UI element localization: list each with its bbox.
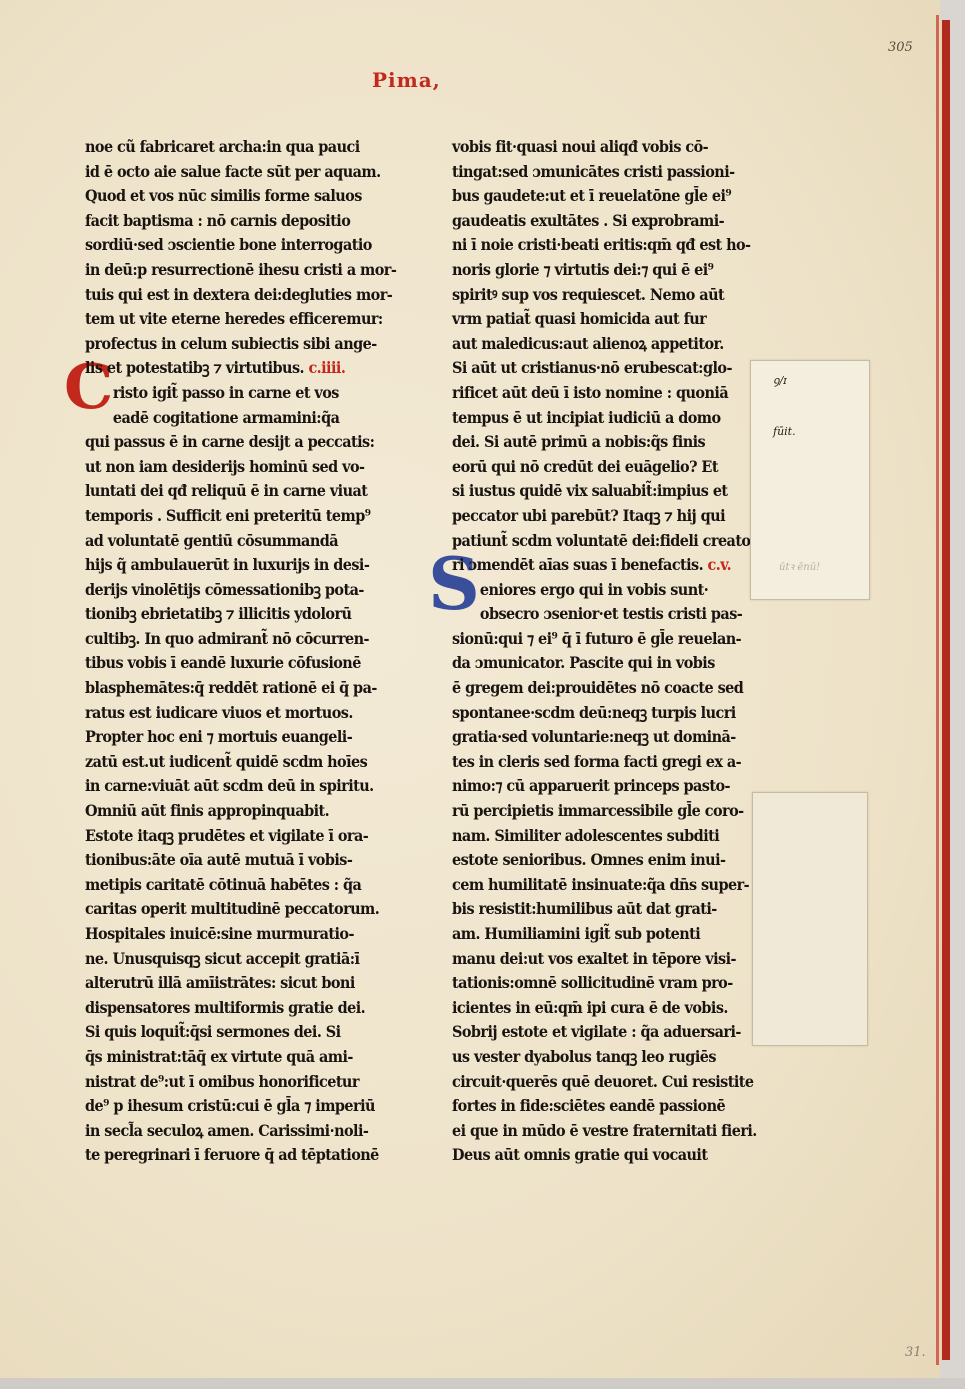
text-line: cultibꝫ. In quo admirant̃ nō cōcurren- bbox=[85, 627, 364, 652]
faint-margin-note: ūtꝛ ēnū! bbox=[779, 559, 820, 573]
text-line: in secl̃a seculoꝝ amen. Carissimi·noli- bbox=[85, 1119, 364, 1144]
text-line: ri ɔmendēt aīas suas ī benefactis. c.v. bbox=[452, 553, 731, 578]
margin-paper-slip: ꝯ/ɪ fūit. ūtꝛ ēnū! bbox=[750, 360, 870, 600]
text-line: icientes in eū:qm̄ ipi cura ē de vobis. bbox=[452, 996, 731, 1021]
text-line: derijs vinolētijs cōmessationibꝫ pota- bbox=[85, 578, 364, 603]
text-line: estote senioribus. Omnes enim inui- bbox=[452, 848, 731, 873]
text-line: gratia·sed voluntarie:neqꝫ ut dominā- bbox=[452, 725, 731, 750]
text-line: rū percipietis immarcessibile gl̄e coro- bbox=[452, 799, 731, 824]
text-line: dispensatores multiformis gratie dei. bbox=[85, 996, 364, 1021]
text-line: aut maledicus:aut alienoꝝ appetitor. bbox=[452, 332, 731, 357]
text-line: tionibꝫ ebrietatibꝫ ⁊ illicitis ydolorū bbox=[85, 602, 364, 627]
text-line: alterutrū illā amīistrātes: sicut boni bbox=[85, 971, 364, 996]
text-line: Sobrij estote et vigilate : q̃a aduersar… bbox=[452, 1020, 731, 1045]
text-line: ad voluntatē gentiū cōsummandā bbox=[85, 529, 364, 554]
text-line: Omniū aūt finis appropinquabit. bbox=[85, 799, 364, 824]
text-line: te peregrinari ī feruore q̄ ad tēptation… bbox=[85, 1143, 364, 1168]
margin-note: fūit. bbox=[773, 425, 796, 438]
text-line: q̄s ministrat:tāq̄ ex virtute quā ami- bbox=[85, 1045, 364, 1070]
text-line: spontanee·scdm deū:neqꝫ turpis lucri bbox=[452, 701, 731, 726]
text-line: blasphemātes:q̄ reddēt rationē ei q̄ pa- bbox=[85, 676, 364, 701]
text-line: us vester dyabolus tanqꝫ leo rugiēs bbox=[452, 1045, 731, 1070]
text-line: bus gaudete:ut et ī reuelatōne gl̄e ei⁹ bbox=[452, 184, 731, 209]
text-line: vobis fit·quasi noui aliqđ vobis cō- bbox=[452, 135, 731, 160]
chapter-rubric: c.iiii. bbox=[304, 358, 345, 377]
text-line: temporis . Sufficit eni preteritū temp⁹ bbox=[85, 504, 364, 529]
text-line: sionū:qui ⁊ ei⁹ q̄ ī futuro ē gl̄e reuel… bbox=[452, 627, 731, 652]
folio-number-bottom: 31. bbox=[905, 1345, 926, 1360]
page-edge-red bbox=[936, 15, 939, 1365]
text-line: noe cũ fabricaret archa:in qua pauci bbox=[85, 135, 364, 160]
text-line: peccator ubi parebūt? Itaqꝫ ⁊ hij qui bbox=[452, 504, 731, 529]
text-line: vrm patiat̃ quasi homicida aut fur bbox=[452, 307, 731, 332]
text-line: nam. Similiter adolescentes subditi bbox=[452, 824, 731, 849]
text-line: tes in cleris sed forma facti gregi ex a… bbox=[452, 750, 731, 775]
text-line: manu dei:ut vos exaltet in tēpore visi- bbox=[452, 947, 731, 972]
text-line: Hospitales inuicē:sine murmuratio- bbox=[85, 922, 364, 947]
text-line: Estote itaqꝫ prudētes et vigilate ī ora- bbox=[85, 824, 364, 849]
text-line: in carne:viuāt aūt scdm deū in spiritu. bbox=[85, 774, 364, 799]
text-line: si iustus quidē vix saluabit̃:impius et bbox=[452, 479, 731, 504]
text-line: Quod et vos nūc similis forme saluos bbox=[85, 184, 364, 209]
text-line: gaudeatis exultātes . Si exprobrami- bbox=[452, 209, 731, 234]
left-text-column: noe cũ fabricaret archa:in qua pauciid ē… bbox=[85, 135, 385, 1168]
right-text-column: vobis fit·quasi noui aliqđ vobis cō-ting… bbox=[452, 135, 752, 1168]
text-line: caritas operit multitudinē peccatorum. bbox=[85, 897, 364, 922]
text-line: eorū qui nō credūt dei euāgelio? Et bbox=[452, 455, 731, 480]
text-line: profectus in celum subiectis sibi ange- bbox=[85, 332, 364, 357]
text-line: sordiū·sed ɔscientie bone interrogatio bbox=[85, 233, 364, 258]
text-line: am. Humiliamini igit̃ sub potenti bbox=[452, 922, 731, 947]
text-line: zatū est.ut iudicent̃ quidē scdm hoīes bbox=[85, 750, 364, 775]
page-edge-binding bbox=[940, 20, 950, 1360]
text-line: ni ī noie cristi·beati eritis:qm̄ qđ est… bbox=[452, 233, 731, 258]
text-line: nistrat de⁹:ut ī omibus honorificetur bbox=[85, 1070, 364, 1095]
text-line: eadē cogitatione armamini:q̃a bbox=[85, 406, 364, 431]
text-line: id ē octo aie salue facte sūt per aquam. bbox=[85, 160, 364, 185]
text-line: tionibus:āte oīa autē mutuā ī vobis- bbox=[85, 848, 364, 873]
margin-note: ꝯ/ɪ bbox=[773, 373, 787, 388]
margin-paper-slip bbox=[752, 792, 868, 1046]
text-line: obsecro ɔsenior·et testis cristi pas- bbox=[452, 602, 731, 627]
text-line: facit baptisma : nō carnis depositio bbox=[85, 209, 364, 234]
text-line: noris glorie ⁊ virtutis dei:⁊ qui ē ei⁹ bbox=[452, 258, 731, 283]
text-line: bis resistit:humilibus aūt dat grati- bbox=[452, 897, 731, 922]
chapter-rubric: c.v. bbox=[703, 555, 731, 574]
text-line: tem ut vite eterne heredes efficeremur: bbox=[85, 307, 364, 332]
text-line: ut non iam desiderijs hominū sed vo- bbox=[85, 455, 364, 480]
text-line: metipis caritatē cōtinuā habētes : q̃a bbox=[85, 873, 364, 898]
folio-number: 305 bbox=[888, 40, 913, 55]
text-line: ei que in mūdo ē vestre fraternitati fie… bbox=[452, 1119, 731, 1144]
text-line: lis et potestatibꝫ ⁊ virtutibus. c.iiii. bbox=[85, 356, 364, 381]
text-line: nimo:⁊ cū apparuerit princeps pasto- bbox=[452, 774, 731, 799]
text-line: ē gregem dei:prouidētes nō coacte sed bbox=[452, 676, 731, 701]
text-line: de⁹ p ihesum cristū:cui ē gl̄a ⁊ imperiū bbox=[85, 1094, 364, 1119]
text-line: patiunt̃ scdm voluntatē dei:fideli creat… bbox=[452, 529, 731, 554]
text-line: in deū:p resurrectionē ihesu cristi a mo… bbox=[85, 258, 364, 283]
text-line: tibus vobis ī eandē luxurie cōfusionē bbox=[85, 651, 364, 676]
text-line: da ɔmunicator. Pascite qui in vobis bbox=[452, 651, 731, 676]
text-line: cem humilitatē insinuate:q̃a dn̄s super- bbox=[452, 873, 731, 898]
text-line: risto igit̃ passo in carne et vos bbox=[85, 381, 364, 406]
text-line: qui passus ē in carne desijt a peccatis: bbox=[85, 430, 364, 455]
text-line: Si aūt ut cristianus·nō erubescat:glo- bbox=[452, 356, 731, 381]
running-head: Pima, bbox=[372, 68, 441, 92]
text-line: tuis qui est in dextera dei:degluties mo… bbox=[85, 283, 364, 308]
text-line: tationis:omnē sollicitudinē vram pro- bbox=[452, 971, 731, 996]
text-line: eniores ergo qui in vobis sunt· bbox=[452, 578, 731, 603]
text-line: tempus ē ut incipiat iudiciū a domo bbox=[452, 406, 731, 431]
text-line: hijs q̃ ambulauerūt in luxurijs in desi- bbox=[85, 553, 364, 578]
text-line: rificet aūt deū ī isto nomine : quoniā bbox=[452, 381, 731, 406]
text-line: Si quis loquit̃:q̄si sermones dei. Si bbox=[85, 1020, 364, 1045]
text-line: circuit·querēs quē deuoret. Cui resistit… bbox=[452, 1070, 731, 1095]
text-line: luntati dei qđ reliquū ē in carne viuat bbox=[85, 479, 364, 504]
text-line: ratus est iudicare viuos et mortuos. bbox=[85, 701, 364, 726]
text-line: Deus aūt omnis gratie qui vocauit bbox=[452, 1143, 731, 1168]
text-line: spiritꝰ sup vos requiescet. Nemo aūt bbox=[452, 283, 731, 308]
text-line: Propter hoc eni ⁊ mortuis euangeli- bbox=[85, 725, 364, 750]
text-line: fortes in fide:sciētes eandē passionē bbox=[452, 1094, 731, 1119]
text-line: dei. Si autē primū a nobis:q̃s finis bbox=[452, 430, 731, 455]
text-line: tingat:sed ɔmunicātes cristi passioni- bbox=[452, 160, 731, 185]
background-strip bbox=[0, 1378, 965, 1389]
text-line: ne. Unusquisqꝫ sicut accepit gratiā:ī bbox=[85, 947, 364, 972]
